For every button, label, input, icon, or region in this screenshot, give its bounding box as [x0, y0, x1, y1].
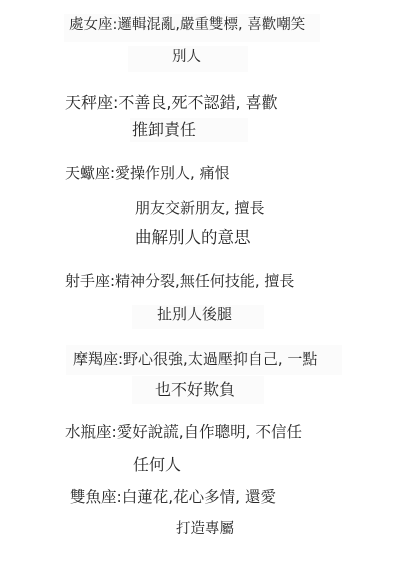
capricorn-line-2: 也不好欺負	[155, 382, 235, 398]
scorpio-line-2: 朋友交新朋友, 擅長	[135, 201, 265, 216]
scorpio-line-1: 天蠍座:愛操作別人, 痛恨	[65, 166, 230, 181]
pisces-line-1: 雙魚座:白蓮花,花心多情, 還愛	[70, 490, 276, 506]
sagittarius-line-1: 射手座:精神分裂,無任何技能, 擅長	[65, 274, 294, 289]
virgo-line-1: 處女座:邏輯混亂,嚴重雙標, 喜歡嘲笑	[69, 18, 305, 33]
capricorn-line-1: 摩羯座:野心很強,太過壓抑自己, 一點	[73, 352, 317, 367]
aquarius-line-1: 水瓶座:愛好說謊,自作聰明, 不信任	[65, 425, 302, 441]
sagittarius-line-2: 扯別人後腿	[157, 307, 232, 322]
virgo-line-2: 別人	[172, 50, 201, 65]
libra-line-2: 推卸責任	[132, 122, 196, 138]
scorpio-line-3: 曲解別人的意思	[135, 230, 251, 247]
aquarius-line-2: 任何人	[133, 457, 181, 473]
pisces-line-2: 打造專屬	[176, 522, 234, 537]
libra-line-1: 天秤座:不善良,死不認錯, 喜歡	[65, 95, 278, 111]
